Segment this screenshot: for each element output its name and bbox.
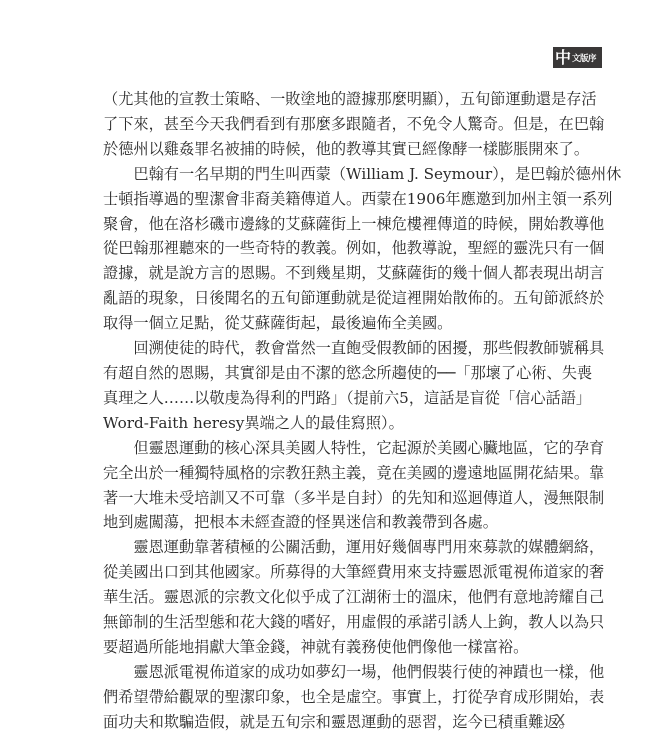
text-line: 華生活。靈恩派的宗教文化似乎成了江湖術士的溫床，他們有意地誇耀自己 <box>103 585 549 610</box>
text-line: 但靈恩運動的核心深具美國人特性，它起源於美國心臟地區，它的孕育 <box>103 436 549 461</box>
text-line: 著一大堆未受培訓又不可靠（多半是自封）的先知和巡迴傳道人，漫無限制 <box>103 486 549 511</box>
text-line: （尤其他的宣教士策略、一敗塗地的證據那麼明顯），五旬節運動還是存活 <box>103 87 549 112</box>
paragraph-6: 靈恩派電視佈道家的成功如夢幻一場，他們假裝行使的神蹟也一樣，他 們希望帶給觀眾的… <box>103 660 549 735</box>
text-line: 了下來，甚至今天我們看到有那麼多跟隨者，不免令人驚奇。但是，在巴翰 <box>103 112 549 137</box>
text-line: 取得一個立足點，從艾蘇薩街起，最後遍佈全美國。 <box>103 311 549 336</box>
badge-main-char: 中 <box>555 50 571 66</box>
text-line: 有超自然的恩賜，其實卻是由不潔的慾念所趨使的──「那壞了心術、失喪 <box>103 361 549 386</box>
text-line: 亂語的現象，日後聞名的五旬節運動就是從這裡開始散佈的。五旬節派終於 <box>103 286 549 311</box>
text-line: 從美國出口到其他國家。所募得的大筆經費用來支持靈恩派電視佈道家的奢 <box>103 560 549 585</box>
text-line: 靈恩運動靠著積極的公關活動，運用好幾個專門用來募款的媒體網絡， <box>103 535 549 560</box>
text-line: 士頓指導過的聖潔會非裔美籍傳道人。西蒙在1906年應邀到加州主領一系列 <box>103 187 549 212</box>
text-line: 們希望帶給觀眾的聖潔印象，也全是虛空。事實上，打從孕育成形開始，表 <box>103 685 549 710</box>
badge-label: 文版序 <box>572 52 596 64</box>
text-line: 從巴翰那裡聽來的一些奇特的教義。例如，他教導說，聖經的靈洗只有一個 <box>103 236 549 261</box>
text-line: 完全出於一種獨特風格的宗教狂熱主義，竟在美國的邊遠地區開花結果。靠 <box>103 461 549 486</box>
text-line: Word-Faith heresy異端之人的最佳寫照）。 <box>103 411 549 436</box>
text-line: 巴翰有一名早期的門生叫西蒙（William J. Seymour），是巴翰於德州… <box>103 162 549 187</box>
paragraph-3: 回溯使徒的時代，教會當然一直飽受假教師的困擾，那些假教師號稱具 有超自然的恩賜，… <box>103 336 549 436</box>
section-badge: 中 文版序 <box>553 47 602 68</box>
text-line: 無節制的生活型態和花大錢的嗜好，用虛假的承諾引誘人上鉤，教人以為只 <box>103 610 549 635</box>
paragraph-1: （尤其他的宣教士策略、一敗塗地的證據那麼明顯），五旬節運動還是存活 了下來，甚至… <box>103 87 549 162</box>
page-number: X <box>555 711 565 729</box>
text-line: 聚會，他在洛杉磯市邊緣的艾蘇薩街上一棟危樓裡傳道的時候，開始教導他 <box>103 212 549 237</box>
text-line: 於德州以雞姦罪名被捕的時候，他的教導其實已經像酵一樣膨脹開來了。 <box>103 137 549 162</box>
body-text: （尤其他的宣教士策略、一敗塗地的證據那麼明顯），五旬節運動還是存活 了下來，甚至… <box>103 87 549 735</box>
text-line: 靈恩派電視佈道家的成功如夢幻一場，他們假裝行使的神蹟也一樣，他 <box>103 660 549 685</box>
text-line: 真理之人……以敬虔為得利的門路」（提前六5，這話是盲從「信心話語」 <box>103 386 549 411</box>
text-line: 回溯使徒的時代，教會當然一直飽受假教師的困擾，那些假教師號稱具 <box>103 336 549 361</box>
text-line: 要超過所能地捐獻大筆金錢，神就有義務使他們像他一樣富裕。 <box>103 635 549 660</box>
paragraph-2: 巴翰有一名早期的門生叫西蒙（William J. Seymour），是巴翰於德州… <box>103 162 549 336</box>
paragraph-4: 但靈恩運動的核心深具美國人特性，它起源於美國心臟地區，它的孕育 完全出於一種獨特… <box>103 436 549 536</box>
paragraph-5: 靈恩運動靠著積極的公關活動，運用好幾個專門用來募款的媒體網絡， 從美國出口到其他… <box>103 535 549 660</box>
text-line: 證據，就是說方言的恩賜。不到幾星期，艾蘇薩街的幾十個人都表現出胡言 <box>103 261 549 286</box>
text-line: 地到處闖蕩，把根本未經查證的怪異迷信和教義帶到各處。 <box>103 510 549 535</box>
text-line: 面功夫和欺騙造假，就是五旬宗和靈恩運動的惡習，迄今已積重難返。 <box>103 710 549 735</box>
